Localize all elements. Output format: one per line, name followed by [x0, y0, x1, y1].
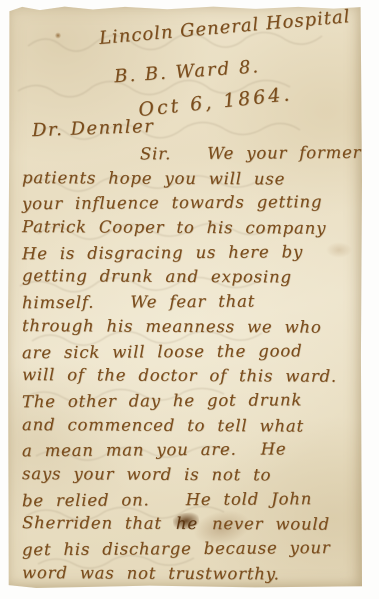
body-line: He is disgracing us here by — [22, 240, 370, 267]
body-line: says your word is not to — [22, 462, 370, 489]
struck-out-word: he — [176, 512, 198, 537]
body-line: a mean man you are. He — [22, 437, 370, 464]
struck-line-pre: Sherriden that — [22, 513, 174, 533]
body-line: will of the doctor of this ward. — [22, 363, 370, 390]
body-line: your influence towards getting — [22, 190, 370, 217]
body-line: get his discharge because your — [22, 536, 370, 563]
body-line: word was not trustworthy. — [22, 561, 370, 588]
letter-heading: Lincoln General Hospital B. B. Ward 8. O… — [70, 30, 352, 109]
body-line: be relied on. He told John — [22, 486, 370, 513]
heading-hospital: Lincoln General Hospital — [98, 8, 351, 48]
letter-paper: Lincoln General Hospital B. B. Ward 8. O… — [8, 6, 362, 588]
body-line: The other day he got drunk — [22, 388, 370, 415]
body-line: getting drunk and exposing — [22, 265, 370, 292]
ink-speck — [55, 32, 61, 39]
heading-date: Oct 6, 1864. — [137, 79, 352, 120]
body-line: patients hope you will use — [22, 166, 370, 193]
letter-body: Sir. We your former patients hope you wi… — [22, 142, 370, 586]
body-line: Sir. We your former — [22, 141, 370, 168]
heading-ward: B. B. Ward 8. — [114, 52, 353, 87]
body-line: and commenced to tell what — [22, 413, 370, 440]
body-line: himself. We fear that — [22, 289, 370, 316]
letter-salutation: Dr. Dennler — [32, 116, 155, 141]
body-line: through his meanness we who — [22, 314, 370, 341]
letter-scan: Lincoln General Hospital B. B. Ward 8. O… — [0, 0, 379, 599]
body-line: Patrick Cooper to his company — [22, 215, 370, 242]
body-line-with-strikeout: Sherriden that he never would — [22, 511, 370, 538]
struck-line-post: never would — [200, 514, 330, 534]
body-line: are sick will loose the good — [22, 338, 370, 365]
